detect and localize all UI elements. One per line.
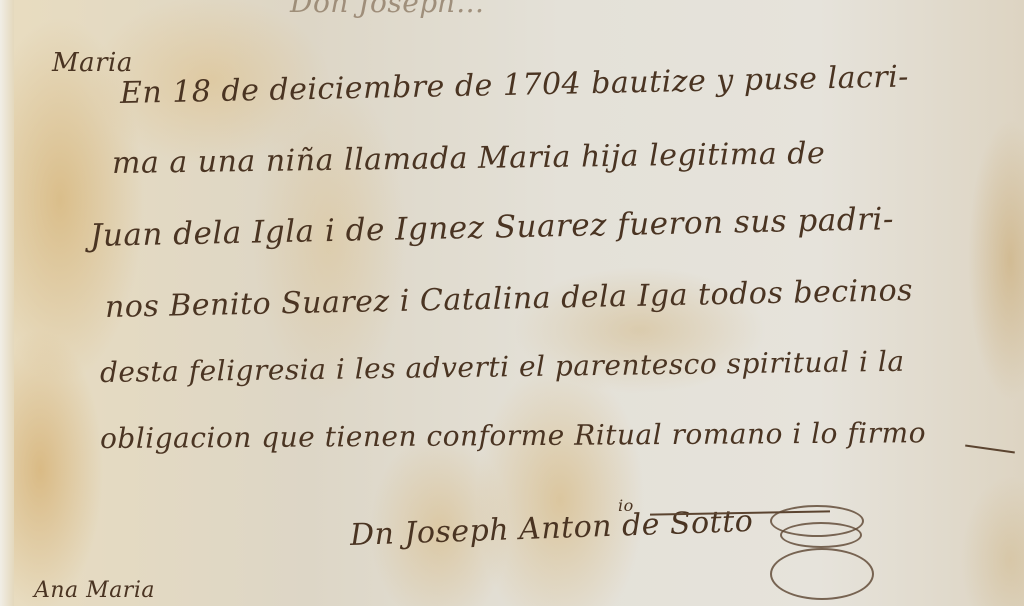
manuscript-page: Don Joseph... Maria En 18 de deiciembre …	[0, 0, 1024, 606]
margin-note-maria: Maria	[52, 48, 133, 78]
record-line-1: En 18 de deiciembre de 1704 bautize y pu…	[120, 59, 910, 111]
record-line-4: nos Benito Suarez i Catalina dela Iga to…	[105, 273, 914, 325]
record-line-3: Juan dela Igla i de Ignez Suarez fueron …	[90, 201, 895, 254]
line-end-flourish	[965, 445, 1015, 454]
record-line-2: ma a una niña llamada Maria hija legitim…	[112, 136, 826, 181]
signature-name: Dn Joseph Anton de Sotto	[349, 504, 753, 553]
signature-superscript: io	[618, 496, 634, 515]
margin-note-ana-maria: Ana Maria	[34, 578, 155, 603]
record-line-6: obligacion que tienen conforme Ritual ro…	[100, 416, 926, 455]
header-fragment: Don Joseph...	[290, 0, 484, 19]
signature-rubric	[780, 522, 862, 548]
page-edge	[0, 0, 14, 606]
signature-rubric	[770, 548, 874, 600]
record-line-5: desta feligresia i les adverti el parent…	[100, 345, 905, 389]
